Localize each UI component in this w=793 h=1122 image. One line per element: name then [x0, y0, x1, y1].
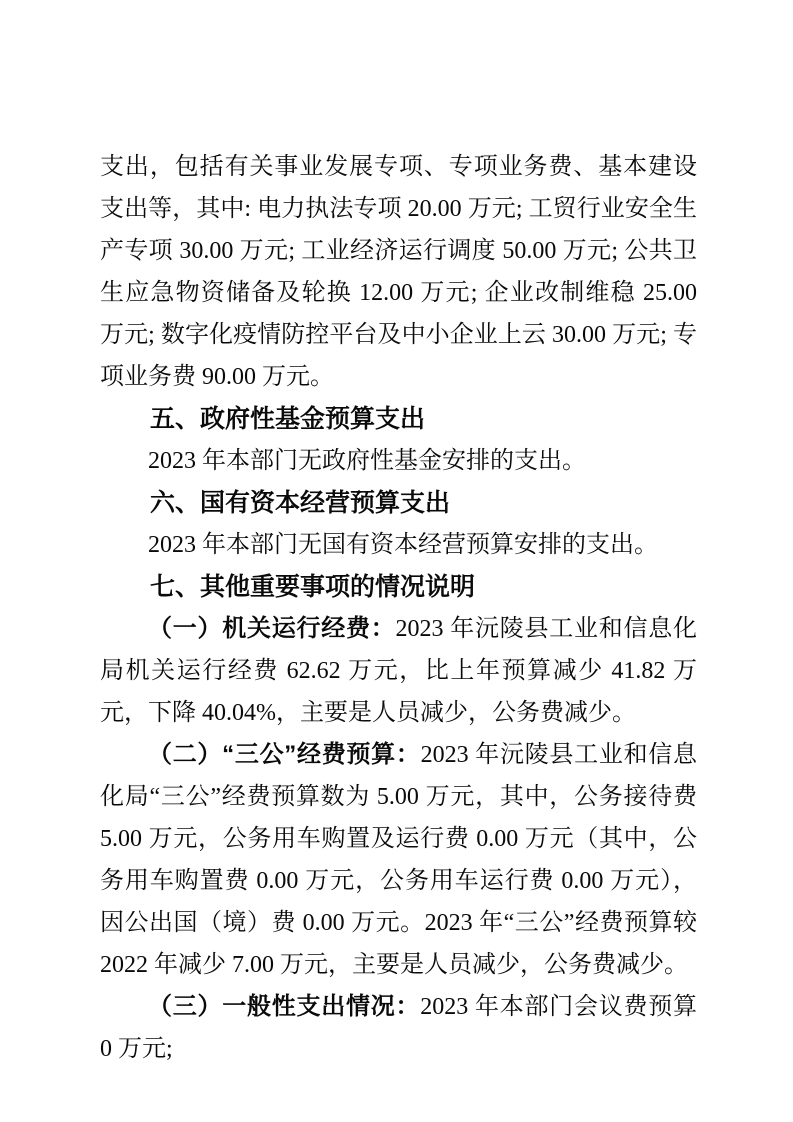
paragraph-lead: （二）“三公”经费预算：: [148, 741, 421, 768]
section-heading-7: 七、其他重要事项的情况说明: [100, 566, 697, 608]
paragraph-text: 2023 年沅陵县工业和信息化局“三公”经费预算数为 5.00 万元，其中，公务…: [100, 742, 697, 978]
paragraph-text: 支出，包括有关事业发展专项、专项业务费、基本建设支出等，其中: 电力执法专项 2…: [100, 154, 697, 390]
paragraph-text: 2023 年本部门无政府性基金安排的支出。: [148, 448, 586, 474]
paragraph-lead: （三）一般性支出情况：: [148, 993, 420, 1020]
section-heading-5: 五、政府性基金预算支出: [100, 398, 697, 440]
paragraph-item-3: （三）一般性支出情况：2023 年本部门会议费预算 0 万元;: [100, 986, 697, 1070]
paragraph: 2023 年本部门无国有资本经营预算安排的支出。: [100, 524, 697, 566]
paragraph-continuation: 支出，包括有关事业发展专项、专项业务费、基本建设支出等，其中: 电力执法专项 2…: [100, 146, 697, 398]
paragraph-item-1: （一）机关运行经费：2023 年沅陵县工业和信息化局机关运行经费 62.62 万…: [100, 608, 697, 734]
section-heading-6: 六、国有资本经营预算支出: [100, 482, 697, 524]
paragraph-lead: （一）机关运行经费：: [148, 615, 396, 642]
paragraph: 2023 年本部门无政府性基金安排的支出。: [100, 440, 697, 482]
paragraph-text: 2023 年本部门无国有资本经营预算安排的支出。: [148, 532, 658, 558]
paragraph-item-2: （二）“三公”经费预算：2023 年沅陵县工业和信息化局“三公”经费预算数为 5…: [100, 734, 697, 986]
document-page: 支出，包括有关事业发展专项、专项业务费、基本建设支出等，其中: 电力执法专项 2…: [0, 0, 793, 1122]
document-content: 支出，包括有关事业发展专项、专项业务费、基本建设支出等，其中: 电力执法专项 2…: [100, 146, 697, 1070]
